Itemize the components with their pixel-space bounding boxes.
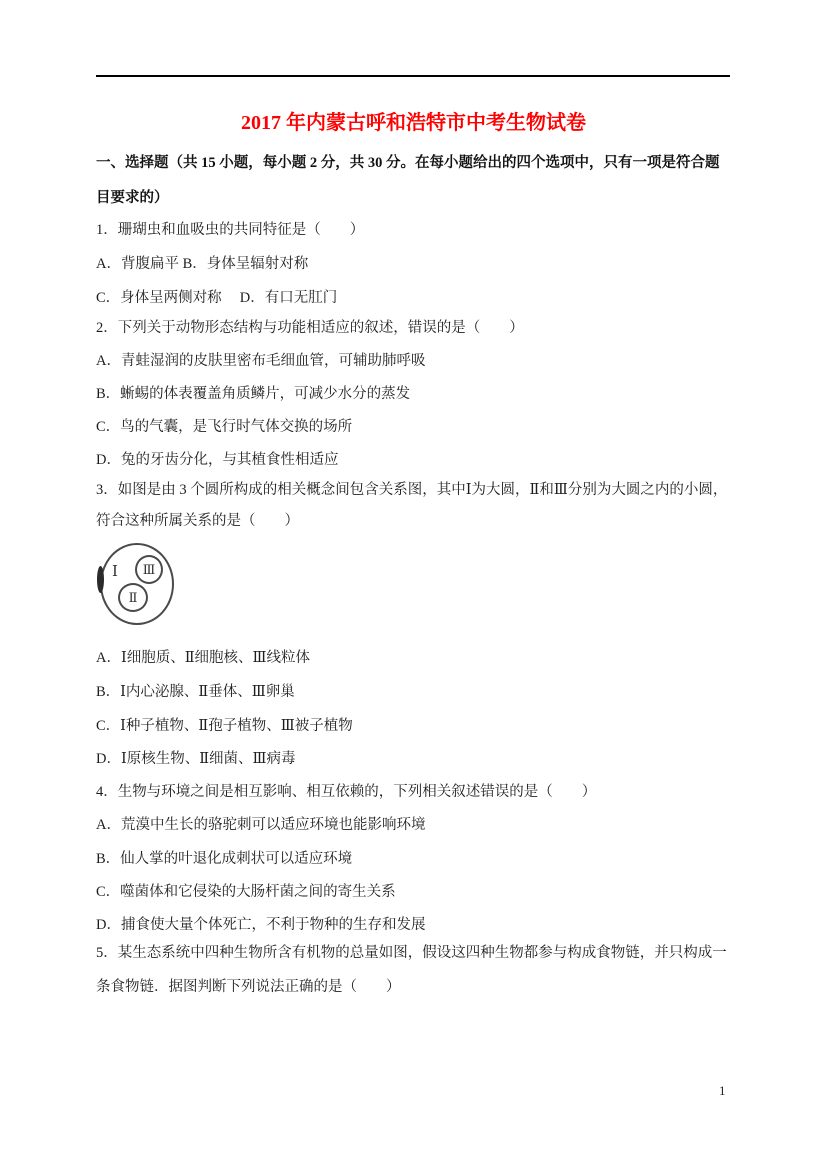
question-2-option-a: A．青蛙湿润的皮肤里密布毛细血管，可辅助肺呼吸 — [96, 352, 425, 371]
question-4-option-a: A．荒漠中生长的骆驼刺可以适应环境也能影响环境 — [96, 816, 425, 835]
question-3-option-a: A．Ⅰ细胞质、Ⅱ细胞核、Ⅲ线粒体 — [96, 649, 310, 668]
question-3-option-c: C．Ⅰ种子植物、Ⅱ孢子植物、Ⅲ被子植物 — [96, 717, 353, 736]
label-ii: Ⅱ — [129, 590, 138, 606]
exam-document-page: 2017 年内蒙古呼和浩特市中考生物试卷 一、选择题（共 15 小题，每小题 2… — [0, 0, 827, 1169]
label-iii: Ⅲ — [143, 562, 156, 578]
question-1-options-cd: C．身体呈两侧对称 D．有口无肛门 — [96, 289, 337, 308]
page-number: 1 — [719, 1083, 726, 1099]
label-i: Ⅰ — [112, 562, 118, 581]
venn-diagram: Ⅰ Ⅲ Ⅱ — [98, 541, 180, 629]
question-3-stem-line-1: 3．如图是由 3 个圆所构成的相关概念间包含关系图，其中Ⅰ为大圆，Ⅱ和Ⅲ分别为大… — [96, 481, 727, 500]
question-5-stem-line-1: 5．某生态系统中四种生物所含有机物的总量如图，假设这四种生物都参与构成食物链，并… — [96, 944, 727, 963]
question-3-stem-line-2: 符合这种所属关系的是（ ） — [96, 512, 299, 531]
section-heading-line-1: 一、选择题（共 15 小题，每小题 2 分，共 30 分。在每小题给出的四个选项… — [96, 154, 720, 173]
header-rule — [96, 75, 730, 77]
question-3-option-d: D．Ⅰ原核生物、Ⅱ细菌、Ⅲ病毒 — [96, 750, 296, 769]
question-2-option-b: B．蜥蜴的体表覆盖角质鳞片，可减少水分的蒸发 — [96, 385, 410, 404]
question-3-option-b: B．Ⅰ内心泌腺、Ⅱ垂体、Ⅲ卵巢 — [96, 683, 295, 702]
question-4-option-d: D．捕食使大量个体死亡，不利于物种的生存和发展 — [96, 916, 425, 935]
ink-smudge-artifact — [97, 566, 104, 593]
doc-title: 2017 年内蒙古呼和浩特市中考生物试卷 — [0, 106, 827, 135]
section-heading-line-2: 目要求的） — [96, 189, 169, 208]
question-4-option-c: C．噬菌体和它侵染的大肠杆菌之间的寄生关系 — [96, 883, 396, 902]
question-5-stem-line-2: 条食物链．据图判断下列说法正确的是（ ） — [96, 978, 401, 997]
question-1-stem: 1．珊瑚虫和血吸虫的共同特征是（ ） — [96, 221, 364, 240]
inner-circle-iii: Ⅲ — [135, 555, 163, 584]
question-1-options-ab: A．背腹扁平 B．身体呈辐射对称 — [96, 255, 308, 274]
question-2-option-d: D．兔的牙齿分化，与其植食性相适应 — [96, 451, 338, 470]
question-2-option-c: C．鸟的气囊，是飞行时气体交换的场所 — [96, 418, 352, 437]
question-4-stem: 4．生物与环境之间是相互影响、相互依赖的，下列相关叙述错误的是（ ） — [96, 783, 596, 802]
question-4-option-b: B．仙人掌的叶退化成刺状可以适应环境 — [96, 850, 352, 869]
question-2-stem: 2．下列关于动物形态结构与功能相适应的叙述，错误的是（ ） — [96, 319, 524, 338]
inner-circle-ii: Ⅱ — [118, 583, 148, 612]
